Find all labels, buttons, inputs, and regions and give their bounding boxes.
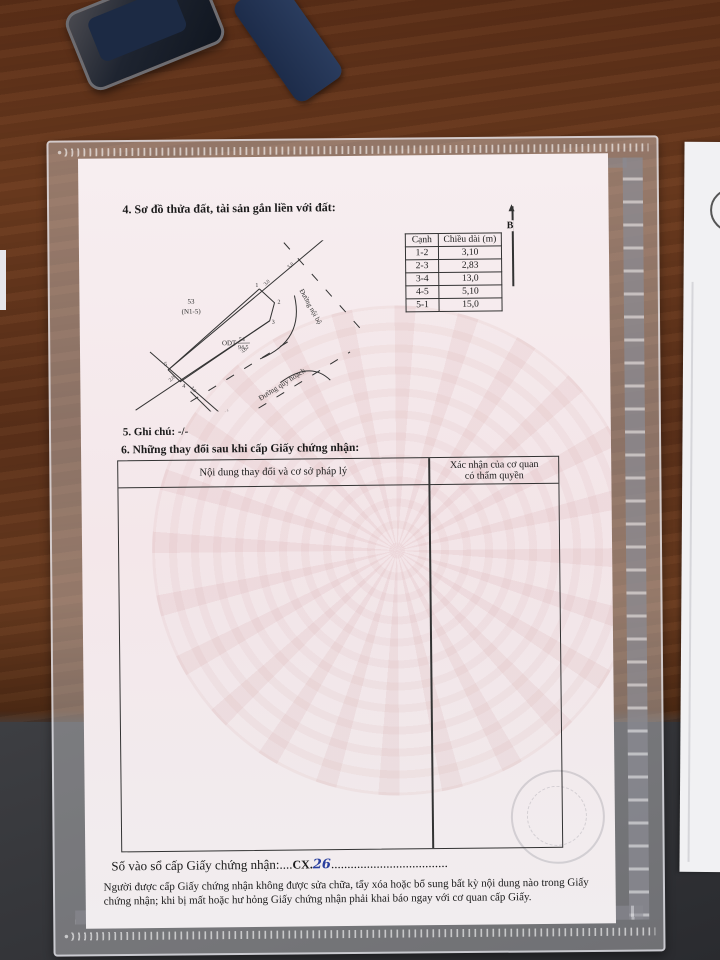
north-arrow-icon	[512, 206, 514, 286]
road-internal-label: Đường nội bộ	[298, 288, 324, 327]
svg-text:5: 5	[164, 362, 167, 368]
svg-text:2: 2	[277, 300, 280, 306]
land-certificate-page: 4. Sơ đồ thửa đất, tài sản gắn liền với …	[78, 153, 616, 929]
section-5-note: 5. Ghi chú: -/-	[123, 426, 189, 439]
registration-number-line: Số vào sổ cấp Giấy chứng nhận:....CX.26.…	[111, 855, 448, 875]
edge-header: Cạnh	[405, 234, 438, 247]
svg-text:1: 1	[255, 283, 258, 289]
changes-table: Nội dung thay đổi và cơ sở pháp lý Xác n…	[117, 456, 563, 853]
parcel-number-label: 54	[239, 337, 245, 343]
table-row: 3-413,0	[406, 272, 502, 286]
table-row: 1-23,10	[405, 246, 501, 260]
neighbor-parcel-label: 53	[187, 298, 195, 306]
north-arrow: B	[503, 206, 524, 296]
length-header: Chiều dài (m)	[438, 233, 501, 247]
car-key-icon	[62, 0, 229, 94]
registration-number-handwritten: 26	[313, 857, 331, 872]
section-6-title: 6. Những thay đổi sau khi cấp Giấy chứng…	[121, 442, 359, 456]
parcel-type-label: ODT	[222, 339, 237, 347]
left-paper-edge	[0, 250, 6, 310]
side-papers	[679, 142, 720, 872]
stamp-icon	[710, 188, 720, 232]
table-row: 5-115,0	[406, 298, 502, 312]
north-label: B	[507, 220, 514, 231]
key-strap	[231, 0, 346, 105]
svg-text:3: 3	[272, 320, 275, 326]
road-planned-label: Đường quy hoạch	[257, 366, 307, 403]
edge-length-table: Cạnh Chiều dài (m) 1-23,10 2-32,83 3-413…	[405, 232, 503, 312]
land-plot-diagram: 53 (N1-5) ODT 54 94,5 1 2 3 4 5 Đường nộ…	[129, 240, 391, 413]
registration-code: CX.	[292, 857, 312, 871]
warning-note: Người được cấp Giấy chứng nhận không đượ…	[104, 875, 604, 908]
registration-label: Số vào sổ cấp Giấy chứng nhận:....	[111, 857, 292, 874]
table-row: 2-32,83	[406, 259, 502, 273]
svg-text:2,0: 2,0	[223, 410, 231, 413]
neighbor-zone-label: (N1-5)	[182, 308, 202, 316]
svg-text:3,0: 3,0	[189, 386, 197, 394]
table-row: 4-55,10	[406, 285, 502, 299]
section-4-title: 4. Sơ đồ thửa đất, tài sản gắn liền với …	[122, 200, 335, 217]
authority-confirmation-header: Xác nhận của cơ quan có thẩm quyền	[430, 459, 558, 482]
svg-text:3,0: 3,0	[263, 279, 271, 287]
svg-text:4: 4	[182, 384, 185, 390]
svg-text:5,0: 5,0	[287, 262, 295, 270]
sleeve-zip-bottom	[63, 927, 655, 940]
